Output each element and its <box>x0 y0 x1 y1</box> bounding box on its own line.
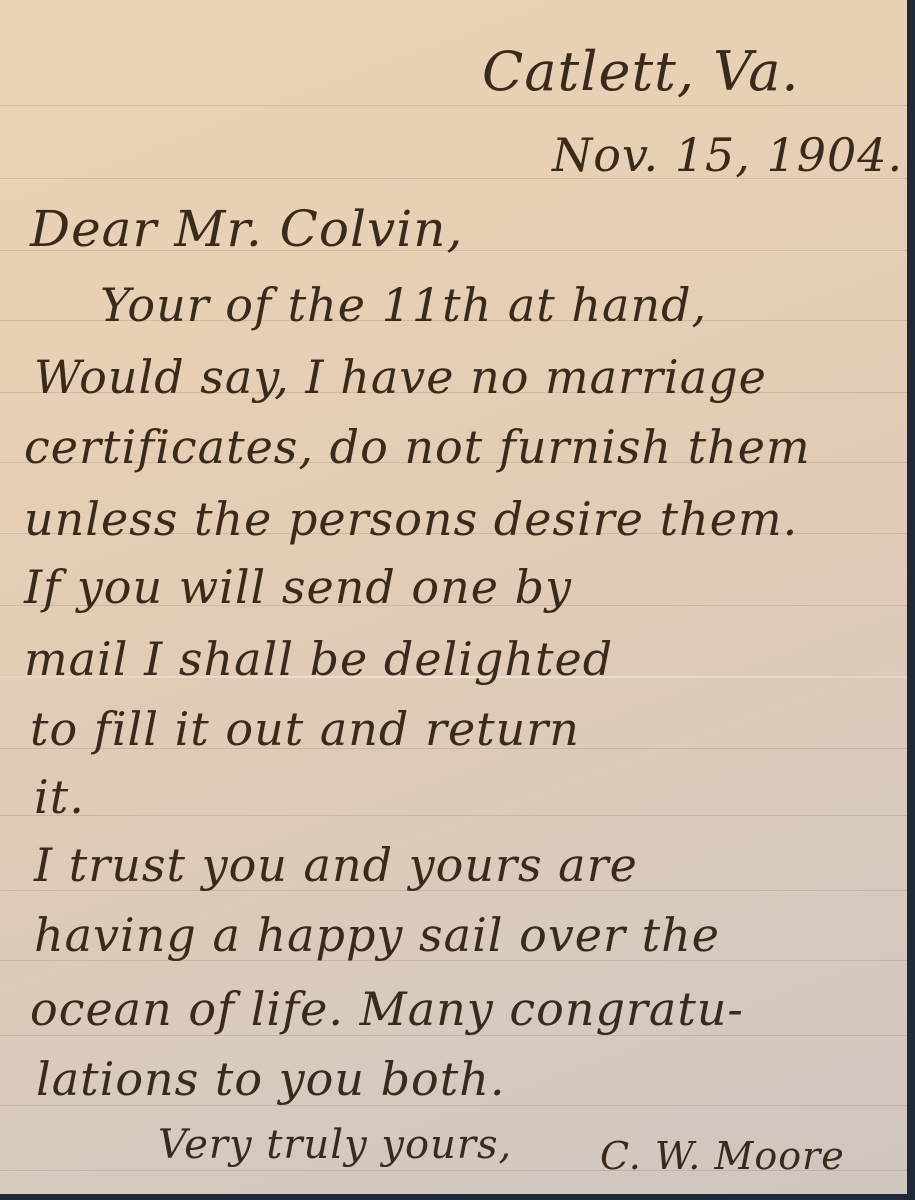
letter-salutation: Dear Mr. Colvin, <box>30 200 463 258</box>
letter-body-line: I trust you and yours are <box>34 838 638 892</box>
letter-page: Catlett, Va. Nov. 15, 1904. Dear Mr. Col… <box>0 0 907 1194</box>
letter-body-line: ocean of life. Many congratu- <box>30 982 744 1036</box>
letter-signature: C. W. Moore <box>600 1134 845 1178</box>
letter-closing: Very truly yours, <box>158 1122 512 1168</box>
ruled-line <box>0 105 907 106</box>
letter-body-line: Your of the 11th at hand, <box>100 278 707 332</box>
letter-body-line: unless the persons desire them. <box>24 492 798 546</box>
letter-body-line: If you will send one by <box>24 560 572 614</box>
letter-place: Catlett, Va. <box>482 40 800 103</box>
letter-body-line: lations to you both. <box>36 1052 506 1106</box>
letter-body-line: mail I shall be delighted <box>24 632 613 686</box>
letter-body-line: Would say, I have no marriage <box>34 350 767 404</box>
letter-body-line: it. <box>34 770 85 824</box>
letter-date: Nov. 15, 1904. <box>552 128 903 182</box>
letter-body-line: certificates, do not furnish them <box>24 420 811 474</box>
letter-body-line: to fill it out and return <box>30 702 580 756</box>
ruled-line <box>0 815 907 816</box>
letter-body-line: having a happy sail over the <box>34 908 720 962</box>
